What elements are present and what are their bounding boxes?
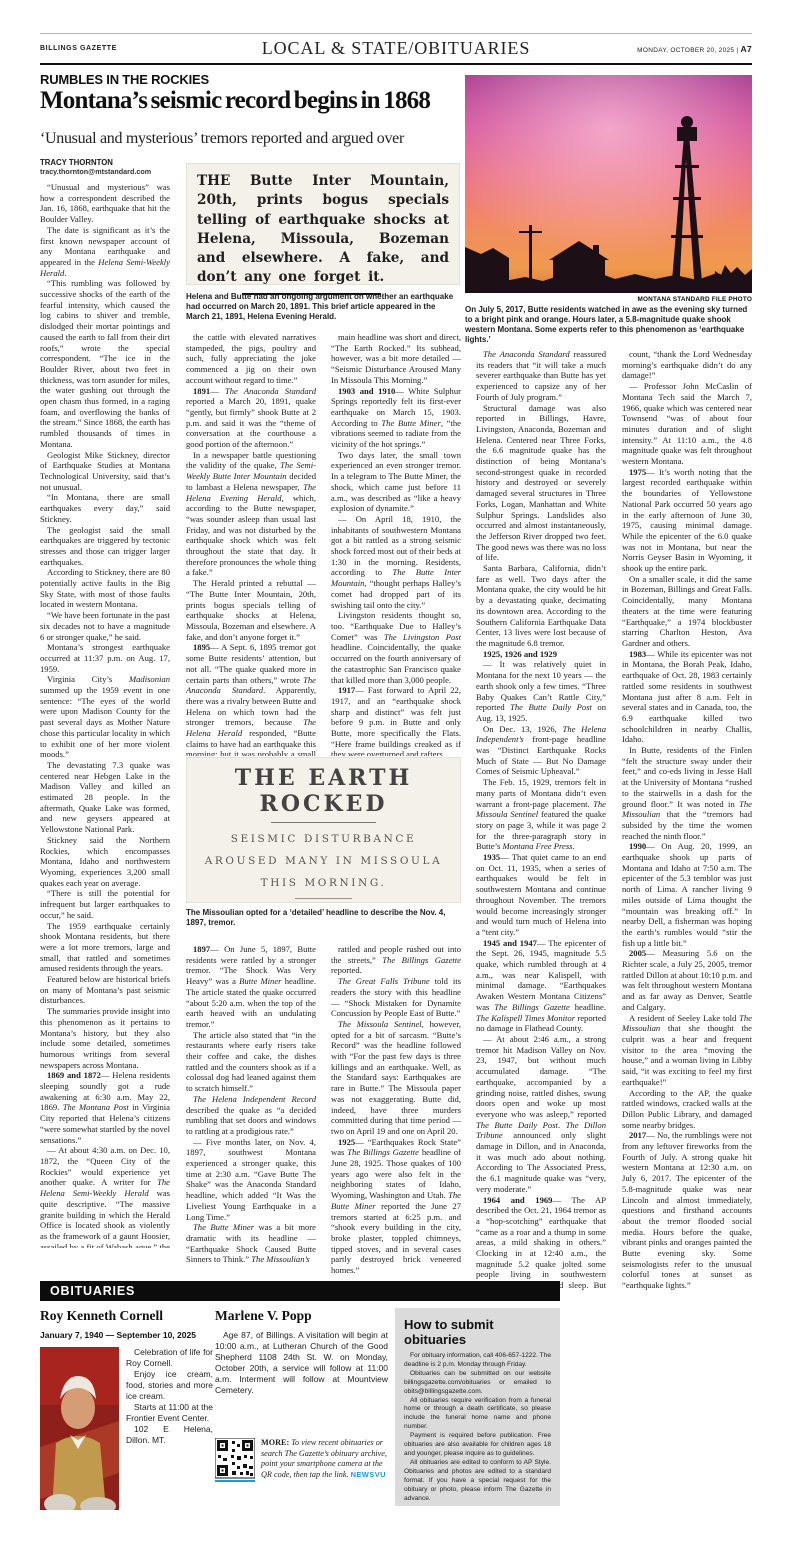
paragraph: Celebration of life for Roy Cornell. — [126, 1347, 213, 1369]
paragraph: Payment is required before publication. … — [404, 1432, 551, 1459]
paragraph: Stickney said the Northern Rockies, whic… — [40, 835, 170, 889]
paragraph: The Helena Independent Record described … — [186, 1094, 316, 1137]
masthead-page-number: A7 — [741, 44, 752, 54]
masthead-separator: | — [736, 47, 738, 54]
paragraph: the cattle with elevated narratives stam… — [186, 332, 316, 386]
obit-1-body: Celebration of life for Roy Cornell.Enjo… — [126, 1347, 213, 1510]
paragraph: Starts at 11:00 at the Frontier Event Ce… — [126, 1402, 213, 1424]
paragraph: Santa Barbara, California, didn’t fare a… — [476, 563, 606, 649]
paragraph: — At about 2:46 a.m., a strong tremor hi… — [476, 1034, 606, 1195]
paragraph: Enjoy ice cream, food, stories and more … — [126, 1369, 213, 1402]
paragraph: A resident of Seeley Lake told The Misso… — [622, 1013, 752, 1088]
paragraph: 1895— A Sept. 6, 1895 tremor got some Bu… — [186, 642, 316, 756]
paragraph: 1925— “Earthquakes Rock State” was The B… — [331, 1137, 461, 1276]
sunset-photo-illustration — [465, 75, 752, 293]
newsvu-logo: NEWSVU — [351, 1470, 386, 1479]
paragraph: “There is still the potential for infreq… — [40, 888, 170, 920]
article-column-4: The Anaconda Standard reassured its read… — [476, 349, 606, 1290]
paragraph: The Feb. 15, 1929, tremors felt in many … — [476, 777, 606, 852]
clipping-1: THE Butte Inter Mountain, 20th, prints b… — [186, 163, 460, 285]
paragraph: 2005— Measuring 5.6 on the Richter scale… — [622, 948, 752, 1012]
obit-2-name: Marlene V. Popp — [215, 1308, 415, 1324]
qr-code-icon — [215, 1438, 255, 1487]
masthead-publication: BILLINGS GAZETTE — [40, 45, 262, 52]
paragraph: According to Stickney, there are 80 pote… — [40, 567, 170, 610]
paragraph: “In Montana, there are small earthquakes… — [40, 492, 170, 524]
obit-more-promo: MORE: To view recent obituaries or searc… — [215, 1438, 393, 1487]
paragraph: — At about 4:30 a.m. on Dec. 10, 1872, t… — [40, 1145, 170, 1248]
paragraph: “We have been fortunate in the past six … — [40, 610, 170, 642]
promo-text: MORE: To view recent obituaries or searc… — [261, 1438, 393, 1480]
paragraph: In Butte, residents of the Finlen “felt … — [622, 745, 752, 841]
clipping-2-rule — [271, 822, 376, 823]
paragraph: All obituaries are edited to conform to … — [404, 1459, 551, 1504]
byline-author: TRACY THORNTON — [40, 158, 170, 167]
paragraph: “This rumbling was followed by successiv… — [40, 278, 170, 449]
paragraph: — Professor John McCaslin of Montana Tec… — [622, 381, 752, 467]
paragraph: Virginia City’s Madisonian summed up the… — [40, 674, 170, 760]
clipping-2-headline: THE EARTH ROCKED — [192, 765, 455, 817]
obit-1-photo — [40, 1347, 119, 1510]
article-column-2-lower: 1897— On June 5, 1897, Butte residents w… — [186, 944, 316, 1290]
paragraph: 1983— While its epicenter was not in Mon… — [622, 649, 752, 745]
paragraph: The Anaconda Standard reassured its read… — [476, 349, 606, 403]
paragraph: 1964 and 1969— The AP described the Oct.… — [476, 1195, 606, 1290]
obituaries-bar: OBITUARIES — [40, 1281, 560, 1301]
byline: TRACY THORNTON tracy.thornton@mtstandard… — [40, 158, 170, 176]
paragraph: The Herald printed a rebuttal — “The But… — [186, 578, 316, 642]
headline: Montana’s seismic record begins in 1868 — [40, 88, 480, 114]
article-column-2-upper: the cattle with elevated narratives stam… — [186, 332, 316, 756]
paragraph: For obituary information, call 406-657-1… — [404, 1352, 551, 1370]
paragraph: 1945 and 1947— The epicenter of the Sept… — [476, 938, 606, 1034]
paragraph: Obituaries can be submitted on our websi… — [404, 1370, 551, 1397]
paragraph: 1869 and 1872— Helena residents sleeping… — [40, 1070, 170, 1145]
paragraph: Structural damage was also reported in B… — [476, 403, 606, 564]
clipping-2-subhead: SEISMIC DISTURBANCE AROUSED MANY IN MISS… — [192, 828, 455, 894]
subhead: ‘Unusual and mysterious’ tremors reporte… — [40, 130, 470, 148]
paragraph: The Butte Miner was a bit more dramatic … — [186, 1222, 316, 1265]
masthead: BILLINGS GAZETTE LOCAL & STATE/OBITUARIE… — [40, 33, 752, 65]
paragraph: main headline was short and direct, “The… — [331, 332, 461, 386]
howto-heading: How to submit obituaries — [404, 1317, 551, 1347]
clipping-2-dash — [295, 898, 353, 899]
paragraph: The summaries provide insight into this … — [40, 1006, 170, 1070]
paragraph: All obituaries require verification from… — [404, 1397, 551, 1433]
paragraph: — On April 18, 1910, the inhabitants of … — [331, 514, 461, 610]
paragraph: Geologist Mike Stickney, director of Ear… — [40, 450, 170, 493]
photo-credit: MONTANA STANDARD FILE PHOTO — [465, 296, 752, 303]
promo-more-label: MORE: — [261, 1438, 289, 1447]
paragraph: The Great Falls Tribune told its readers… — [331, 976, 461, 1019]
clipping-2-caption: The Missoulian opted for a ‘detailed’ he… — [186, 908, 461, 928]
paragraph: According to the AP, the quake rattled w… — [622, 1088, 752, 1131]
paragraph: “Unusual and mysterious” was how a corre… — [40, 182, 170, 225]
paragraph: — It was relatively quiet in Montana for… — [476, 659, 606, 723]
paragraph: 2017— No, the rumblings were not from an… — [622, 1130, 752, 1290]
clipping-2: THE EARTH ROCKED SEISMIC DISTURBANCE ARO… — [186, 757, 461, 903]
howto-body: For obituary information, call 406-657-1… — [404, 1352, 551, 1503]
paragraph: The date is significant as it’s the firs… — [40, 225, 170, 279]
paragraph: 1935— That quiet came to an end on Oct. … — [476, 852, 606, 938]
obituaries-bar-label: OBITUARIES — [50, 1284, 135, 1298]
paragraph: count, “thank the Lord Wednesday morning… — [622, 349, 752, 381]
masthead-section-title: LOCAL & STATE/OBITUARIES — [262, 38, 531, 59]
masthead-date: MONDAY, OCTOBER 20, 2025 — [637, 47, 734, 54]
paragraph: 1897— On June 5, 1897, Butte residents w… — [186, 944, 316, 1030]
masthead-date-page: MONDAY, OCTOBER 20, 2025 | A7 — [530, 44, 752, 54]
lead-photo — [465, 75, 752, 293]
portrait-photo-illustration — [40, 1347, 119, 1510]
article-column-3-upper: main headline was short and direct, “The… — [331, 332, 461, 756]
newspaper-page: BILLINGS GAZETTE LOCAL & STATE/OBITUARIE… — [0, 0, 792, 1548]
paragraph: Two days later, the small town experienc… — [331, 450, 461, 514]
paragraph: 1903 and 1910— White Sulphur Springs rep… — [331, 386, 461, 450]
paragraph: Montana’s strongest earthquake occurred … — [40, 642, 170, 674]
paragraph: The devastating 7.3 quake was centered n… — [40, 760, 170, 835]
paragraph: The article also stated that “in the res… — [186, 1030, 316, 1094]
paragraph: 1891— The Anaconda Standard reported a M… — [186, 386, 316, 450]
paragraph: The geologist said the small earthquakes… — [40, 525, 170, 568]
paragraph: The 1959 earthquake certainly shook Mont… — [40, 921, 170, 975]
paragraph: 1925, 1926 and 1929 — [476, 649, 606, 660]
obit-2-body: Age 87, of Billings. A visitation will b… — [215, 1330, 388, 1430]
paragraph: 1917— Fast forward to April 22, 1917, an… — [331, 685, 461, 756]
paragraph: On Dec. 13, 1926, The Helena Independent… — [476, 724, 606, 778]
kicker: RUMBLES IN THE ROCKIES — [40, 72, 209, 87]
paragraph: Livingston residents thought so, too. “E… — [331, 610, 461, 685]
paragraph: In a newspaper battle questioning the va… — [186, 450, 316, 578]
paragraph: 1990— On Aug. 20, 1999, an earthquake sh… — [622, 841, 752, 948]
paragraph: 1975— It’s worth noting that the largest… — [622, 467, 752, 574]
paragraph: On a smaller scale, it did the same in B… — [622, 574, 752, 649]
article-column-5: count, “thank the Lord Wednesday morning… — [622, 349, 752, 1290]
howto-box: How to submit obituaries For obituary in… — [395, 1308, 560, 1506]
photo-caption: On July 5, 2017, Butte residents watched… — [465, 305, 752, 345]
paragraph: Age 87, of Billings. A visitation will b… — [215, 1330, 388, 1396]
byline-email: tracy.thornton@mtstandard.com — [40, 167, 170, 176]
paragraph: The Missoula Sentinel, however, opted fo… — [331, 1019, 461, 1137]
paragraph: — Five months later, on Nov. 4, 1897, so… — [186, 1137, 316, 1223]
paragraph: 102 E Helena, Dillon. MT. — [126, 1424, 213, 1446]
article-column-1: “Unusual and mysterious” was how a corre… — [40, 182, 170, 1248]
article-column-3-lower: rattled and people rushed out into the s… — [331, 944, 461, 1290]
clipping-1-text: THE Butte Inter Mountain, 20th, prints b… — [197, 173, 449, 285]
paragraph: rattled and people rushed out into the s… — [331, 944, 461, 976]
clipping-1-caption: Helena and Butte had an ongoing argument… — [186, 292, 460, 322]
paragraph: Featured below are historical briefs on … — [40, 974, 170, 1006]
